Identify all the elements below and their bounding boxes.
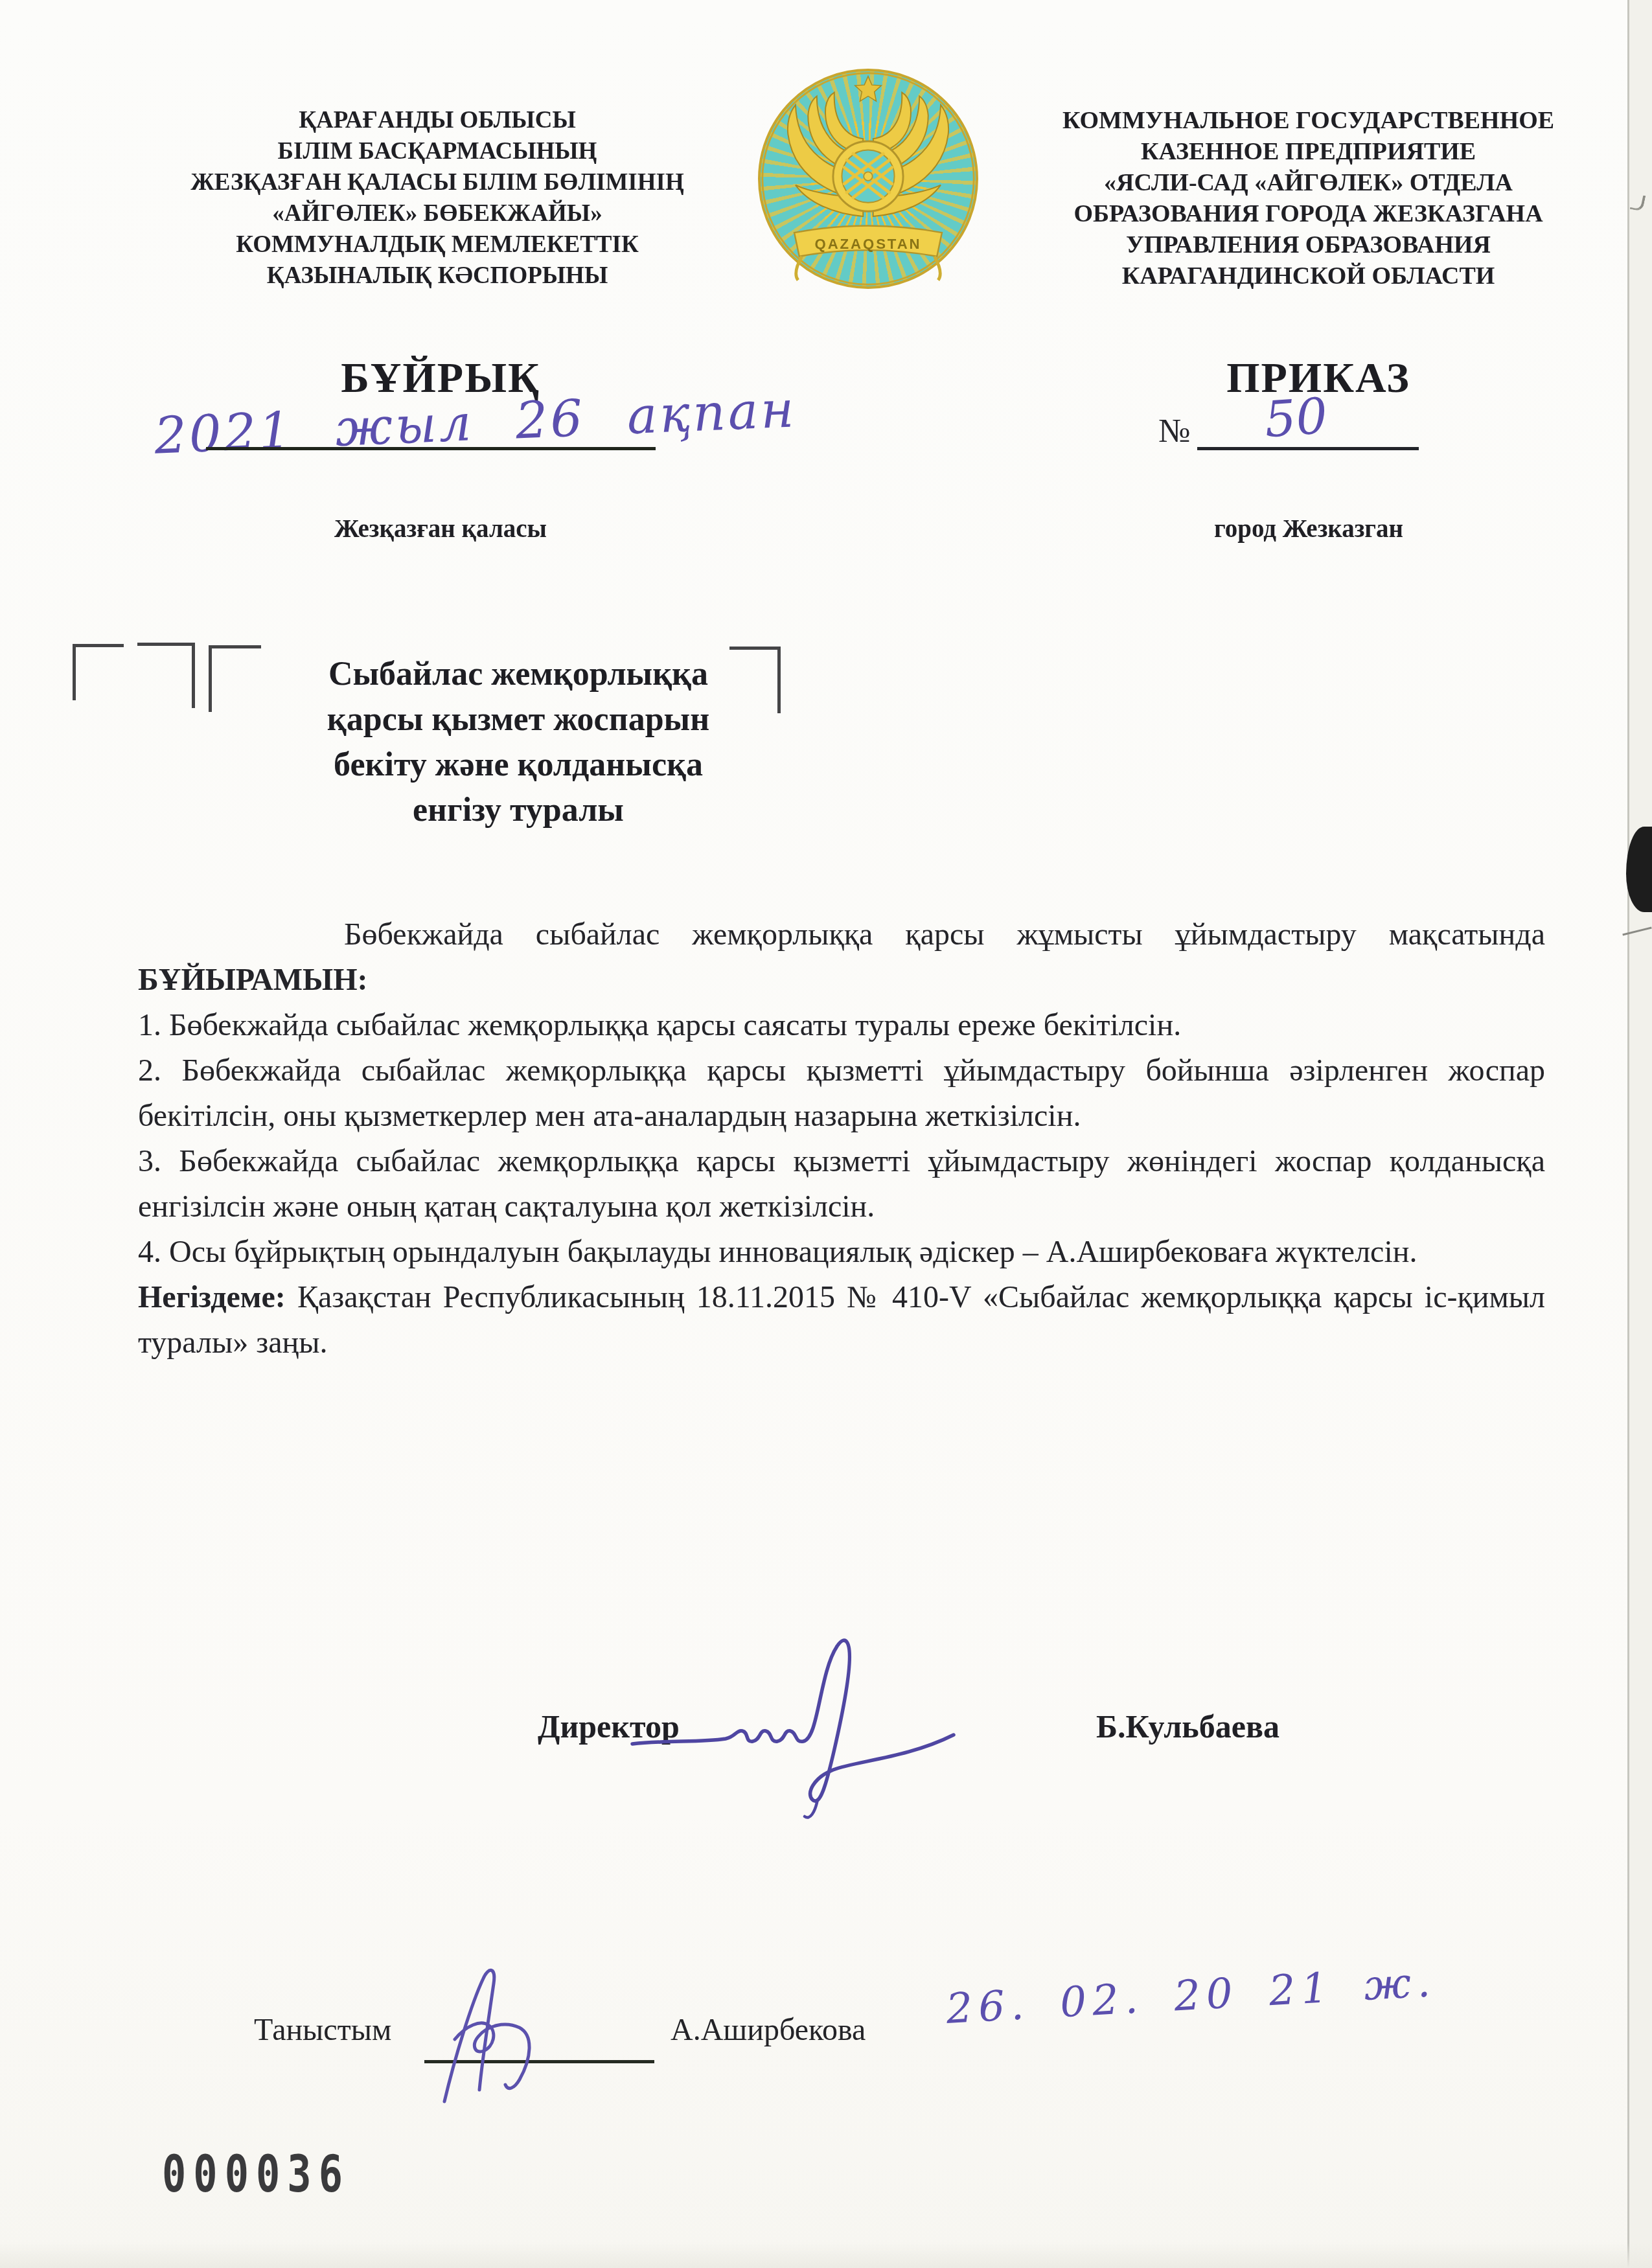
subject-line: Сыбайлас жемқорлыққа bbox=[266, 652, 771, 697]
org-line: БІЛІМ БАСҚАРМАСЫНЫҢ bbox=[152, 136, 722, 167]
org-line: КОММУНАЛЬНОЕ ГОСУДАРСТВЕННОЕ bbox=[1012, 105, 1605, 136]
basis-label: Негіздеме: bbox=[138, 1280, 286, 1314]
acknowledged-by-name: А.Аширбекова bbox=[671, 2012, 866, 2048]
org-line: КАРАГАНДИНСКОЙ ОБЛАСТИ bbox=[1012, 260, 1605, 292]
order-item: 3. Бөбекжайда сыбайлас жемқорлыққа қарсы… bbox=[138, 1139, 1545, 1230]
handwritten-order-date: 2021 жыл 26 ақпан bbox=[154, 380, 798, 465]
basis-text: Қазақстан Республикасының 18.11.2015 № 4… bbox=[138, 1280, 1545, 1360]
coat-of-arms-kazakhstan-icon: QAZAQSTAN bbox=[758, 69, 978, 289]
emblem-banner-text: QAZAQSTAN bbox=[814, 236, 921, 252]
scanned-order-document: ҚАРАҒАНДЫ ОБЛЫСЫ БІЛІМ БАСҚАРМАСЫНЫҢ ЖЕЗ… bbox=[0, 0, 1652, 2268]
acknowledgement-signature-handwriting bbox=[415, 1960, 602, 2116]
order-subject: Сыбайлас жемқорлыққа қарсы қызмет жоспар… bbox=[266, 652, 771, 833]
number-underline bbox=[1197, 447, 1419, 450]
acknowledged-label: Таныстым bbox=[254, 2012, 391, 2048]
director-signature-handwriting bbox=[628, 1623, 959, 1831]
order-item: 1. Бөбекжайда сыбайлас жемқорлыққа қарсы… bbox=[138, 1003, 1545, 1048]
org-line: КОММУНАЛДЫҚ МЕМЛЕКЕТТІК bbox=[152, 229, 722, 260]
form-number-stamp: 000036 bbox=[162, 2144, 350, 2203]
order-body: Бөбекжайда сыбайлас жемқорлыққа қарсы жұ… bbox=[138, 912, 1545, 1366]
org-line: ЖЕЗҚАЗҒАН ҚАЛАСЫ БІЛІМ БӨЛІМІНІҢ bbox=[152, 167, 722, 198]
basis-paragraph: Негіздеме: Қазақстан Республикасының 18.… bbox=[138, 1275, 1545, 1366]
date-underline bbox=[206, 447, 656, 450]
emblem-ornaments: QAZAQSTAN bbox=[758, 69, 978, 289]
number-sign-label: № bbox=[1158, 412, 1191, 450]
corner-mark-top-left bbox=[73, 644, 124, 700]
emblem-star-icon bbox=[855, 76, 882, 102]
org-line: ҚАРАҒАНДЫ ОБЛЫСЫ bbox=[152, 105, 722, 136]
scan-page-edge-line bbox=[1627, 0, 1629, 2268]
subject-line: бекіту және қолданысқа bbox=[266, 742, 771, 788]
place-russian: город Жезказган bbox=[1147, 514, 1471, 544]
subject-line: қарсы қызмет жоспарын bbox=[266, 697, 771, 742]
org-line: «ЯСЛИ-САД «АЙГӨЛЕК» ОТДЕЛА bbox=[1012, 167, 1605, 198]
intro-keyword: БҰЙЫРАМЫН: bbox=[138, 963, 367, 997]
intro-paragraph: Бөбекжайда сыбайлас жемқорлыққа қарсы жұ… bbox=[138, 912, 1545, 1003]
director-name: Б.Кульбаева bbox=[1096, 1708, 1279, 1745]
org-name-kazakh: ҚАРАҒАНДЫ ОБЛЫСЫ БІЛІМ БАСҚАРМАСЫНЫҢ ЖЕЗ… bbox=[152, 105, 722, 292]
order-item: 2. Бөбекжайда сыбайлас жемқорлыққа қарсы… bbox=[138, 1048, 1545, 1139]
corner-mark-top-right-inner bbox=[137, 643, 195, 708]
intro-text: Бөбекжайда сыбайлас жемқорлыққа қарсы жұ… bbox=[344, 917, 1545, 952]
handwritten-order-number: 50 bbox=[1263, 387, 1329, 449]
org-name-russian: КОММУНАЛЬНОЕ ГОСУДАРСТВЕННОЕ КАЗЕННОЕ ПР… bbox=[1012, 105, 1605, 292]
org-line: КАЗЕННОЕ ПРЕДПРИЯТИЕ bbox=[1012, 136, 1605, 167]
scan-edge-strip bbox=[1629, 0, 1652, 2268]
emblem-shanyrak-icon bbox=[833, 141, 903, 211]
place-kazakh: Жезқазған қаласы bbox=[279, 514, 602, 544]
order-item: 4. Осы бұйрықтың орындалуын бақылауды ин… bbox=[138, 1230, 1545, 1275]
org-line: УПРАВЛЕНИЯ ОБРАЗОВАНИЯ bbox=[1012, 229, 1605, 260]
org-line: ОБРАЗОВАНИЯ ГОРОДА ЖЕЗКАЗГАНА bbox=[1012, 198, 1605, 229]
subject-line: енгізу туралы bbox=[266, 788, 771, 833]
org-line: «АЙГӨЛЕК» БӨБЕКЖАЙЫ» bbox=[152, 198, 722, 229]
org-line: ҚАЗЫНАЛЫҚ КӘСПОРЫНЫ bbox=[152, 260, 722, 292]
scan-bottom-shading bbox=[0, 2243, 1652, 2268]
handwritten-acknowledgement-date: 26. 02. 20 21 ж. bbox=[945, 1958, 1438, 2033]
corner-mark-top-left-inner bbox=[209, 645, 261, 712]
